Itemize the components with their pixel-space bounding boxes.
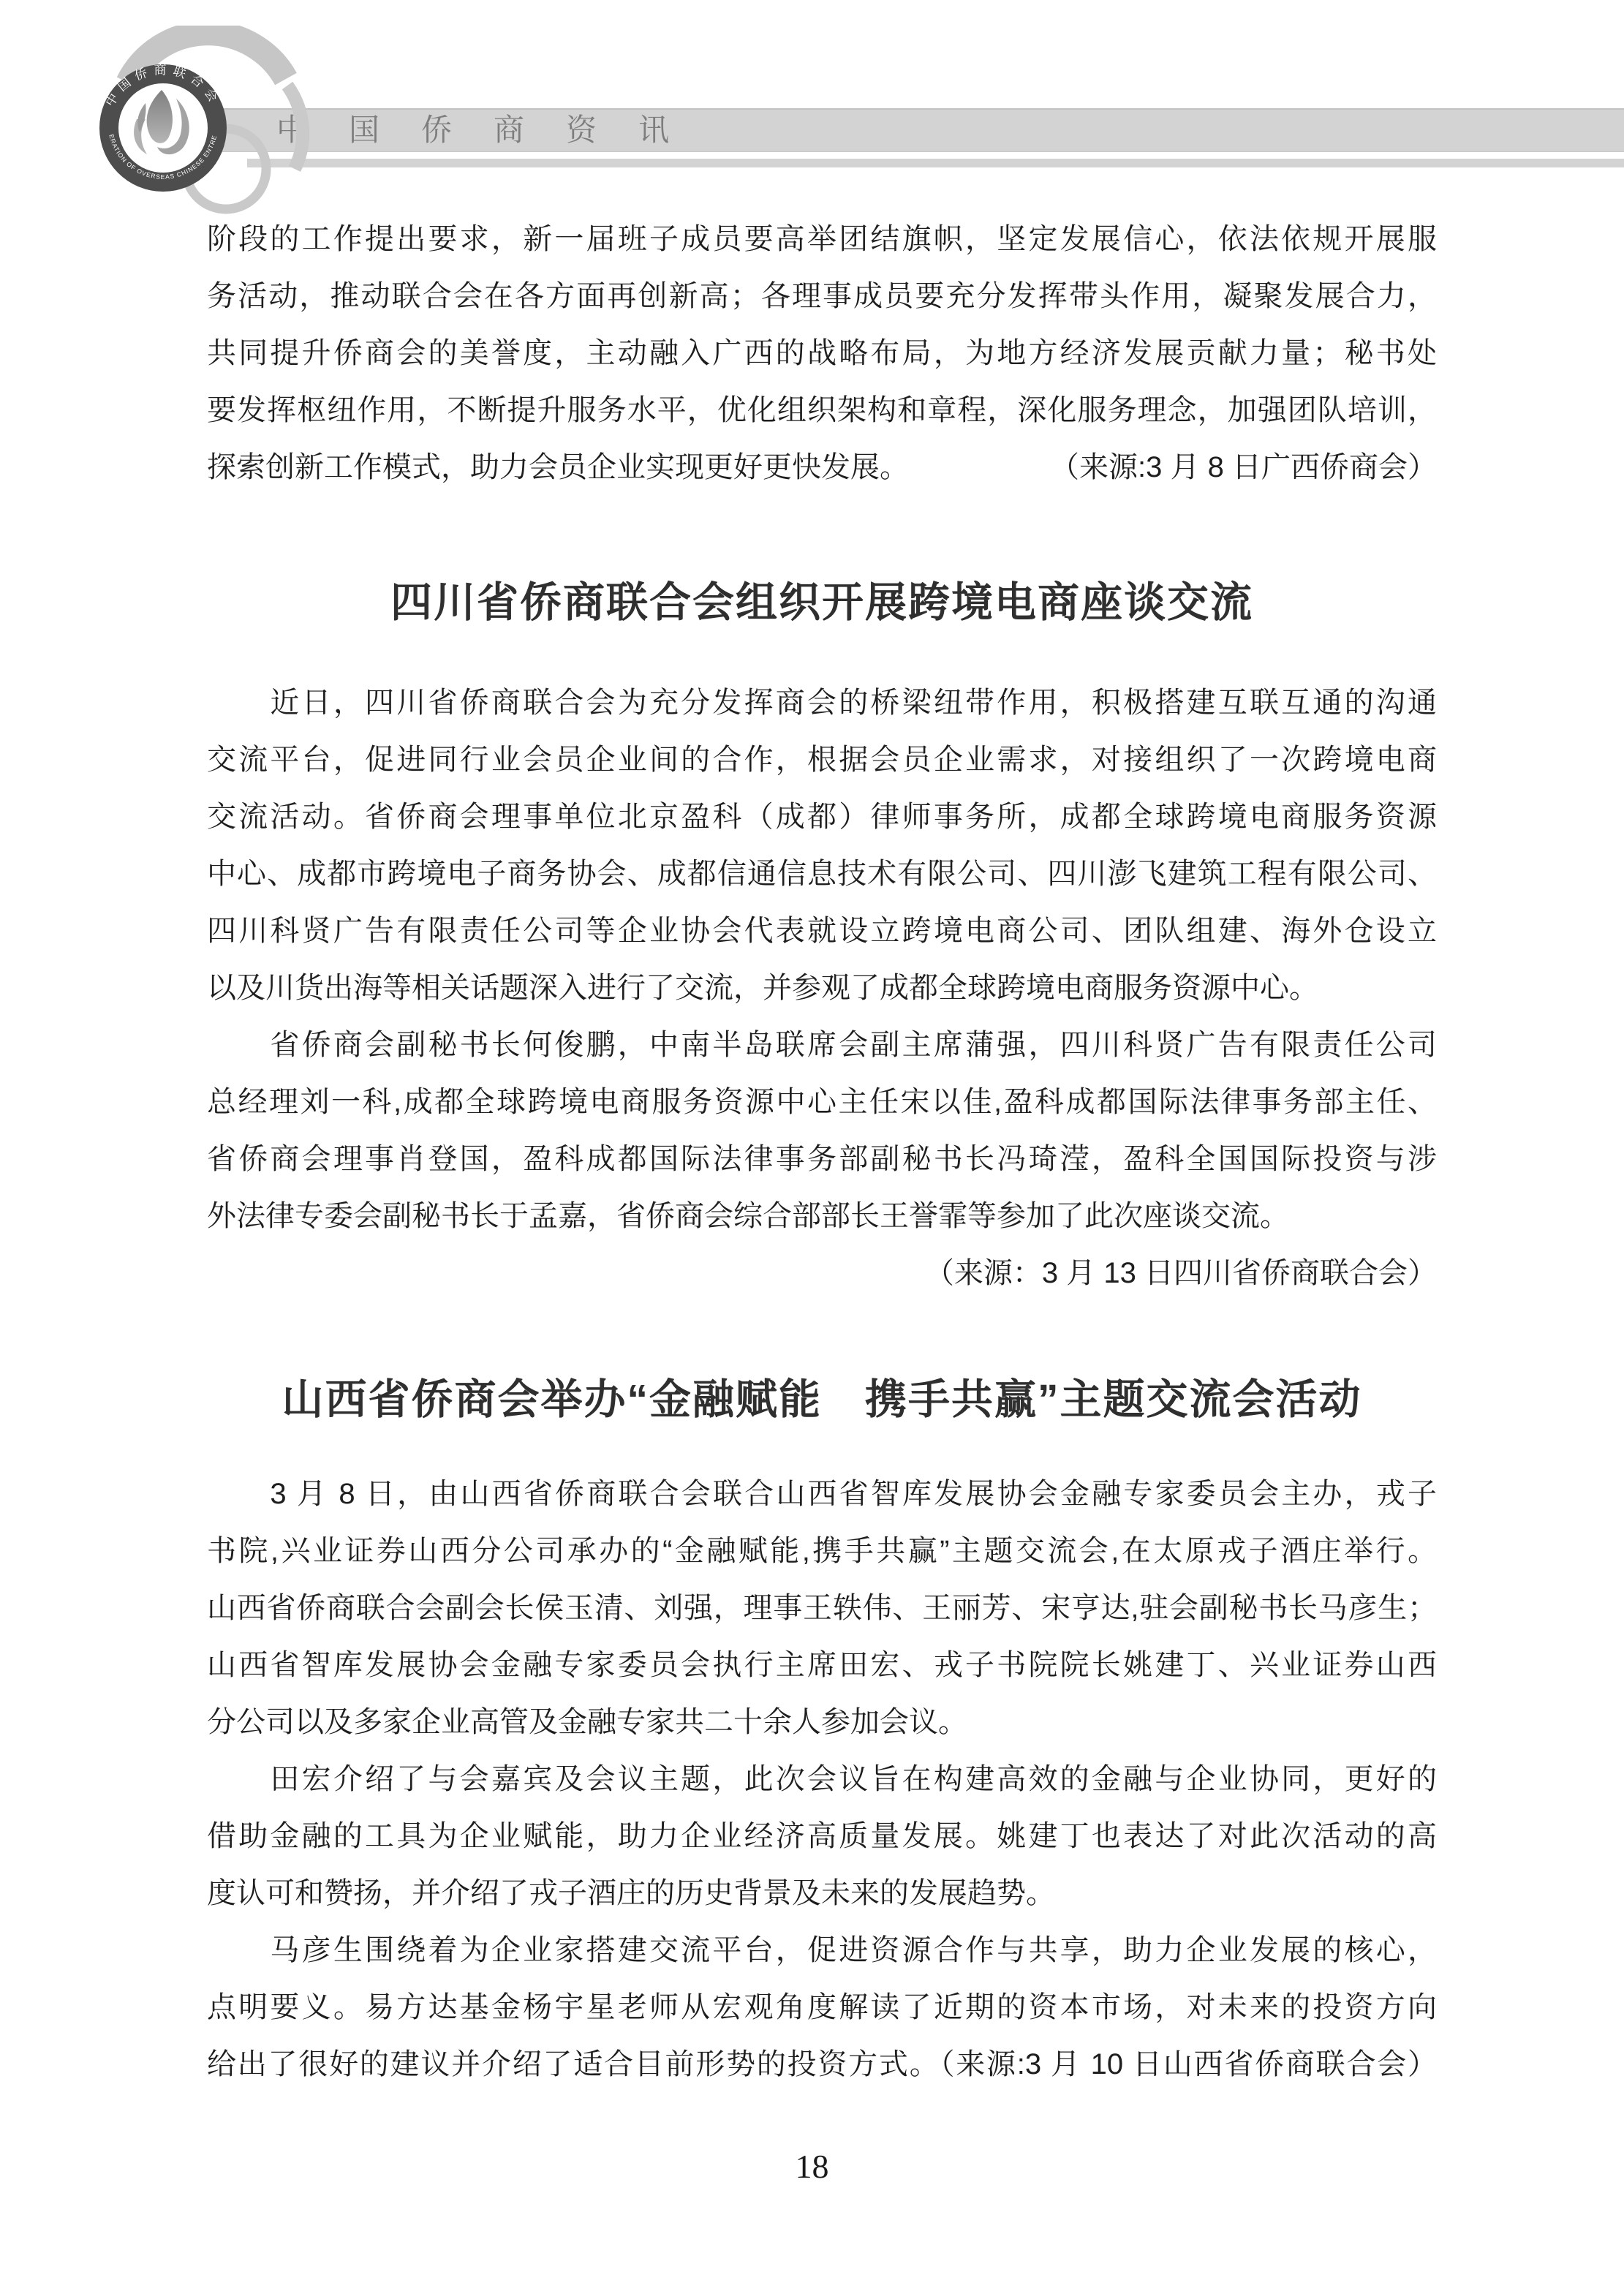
section-heading-sichuan: 四川省侨商联合会组织开展跨境电商座谈交流 [207,569,1437,636]
text-line-with-source: 给出了很好的建议并介绍了适合目前形势的投资方式。（来源:3 月 10 日山西省侨… [207,2036,1437,2093]
text-line: 中心、成都市跨境电子商务协会、成都信通信息技术有限公司、四川澎飞建筑工程有限公司… [207,845,1437,902]
text-line: 阶段的工作提出要求，新一届班子成员要高举团结旗帜，坚定发展信心，依法依规开展服 [207,211,1437,268]
text-line: 以及川货出海等相关话题深入进行了交流，并参观了成都全球跨境电商服务资源中心。 [207,959,1437,1016]
section-heading-shanxi: 山西省侨商会举办“金融赋能 携手共赢”主题交流会活动 [207,1366,1437,1433]
text-line: 点明要义。易方达基金杨宇星老师从宏观角度解读了近期的资本市场，对未来的投资方向 [207,1979,1437,2036]
text-line: 山西省智库发展协会金融专家委员会执行主席田宏、戎子书院院长姚建丁、兴业证券山西 [207,1637,1437,1694]
text-line: 要发挥枢纽作用，不断提升服务水平，优化组织架构和章程，深化服务理念，加强团队培训… [207,382,1437,439]
text-line: 共同提升侨商会的美誉度，主动融入广西的战略布局，为地方经济发展贡献力量；秘书处 [207,325,1437,382]
masthead-title: 中国侨商资讯 [276,110,711,150]
page-number: 18 [0,2147,1624,2186]
section-shanxi: 3 月 8 日，由山西省侨商联合会联合山西省智库发展协会金融专家委员会主办，戎子… [207,1465,1437,2093]
logo-swoosh-right [287,86,303,169]
text-line: 四川科贤广告有限责任公司等企业协会代表就设立跨境电商公司、团队组建、海外仓设立 [207,902,1437,959]
text-line: 探索创新工作模式，助力会员企业实现更好更快发展。 [207,439,909,496]
source-citation: （来源:3 月 8 日广西侨商会） [1050,439,1437,496]
text-line: 务活动，推动联合会在各方面再创新高；各理事成员要充分发挥带头作用，凝聚发展合力， [207,268,1437,325]
text-line: 交流活动。省侨商会理事单位北京盈科（成都）律师事务所，成都全球跨境电商服务资源 [207,788,1437,845]
intro-paragraph: 阶段的工作提出要求，新一届班子成员要高举团结旗帜，坚定发展信心，依法依规开展服 … [207,211,1437,496]
text-line: 分公司以及多家企业高管及金融专家共二十余人参加会议。 [207,1694,1437,1751]
masthead-bar-thin [247,159,1624,167]
text-line: 外法律专委会副秘书长于孟嘉，省侨商会综合部部长王誉霏等参加了此次座谈交流。 [207,1188,1437,1245]
text-line: 省侨商会理事肖登国，盈科成都国际法律事务部副秘书长冯琦滢，盈科全国国际投资与涉 [207,1131,1437,1188]
text-line: 总经理刘一科,成都全球跨境电商服务资源中心主任宋以佳,盈科成都国际法律事务部主任… [207,1073,1437,1131]
text-line: 田宏介绍了与会嘉宾及会议主题，此次会议旨在构建高效的金融与企业协同，更好的 [207,1751,1437,1808]
text-line: 近日，四川省侨商联合会为充分发挥商会的桥梁纽带作用，积极搭建互联互通的沟通 [207,674,1437,731]
text-line: 3 月 8 日，由山西省侨商联合会联合山西省智库发展协会金融专家委员会主办，戎子 [207,1465,1437,1522]
source-citation: （来源：3 月 13 日四川省侨商联合会） [207,1245,1437,1302]
federation-logo-icon: 中国侨商联合会 CHINA FEDERATION OF OVERSEAS CHI… [69,26,340,219]
text-line: 度认可和赞扬，并介绍了戎子酒庄的历史背景及未来的发展趋势。 [207,1865,1437,1922]
text-line-with-source: 探索创新工作模式，助力会员企业实现更好更快发展。 （来源:3 月 8 日广西侨商… [207,439,1437,496]
article-body: 阶段的工作提出要求，新一届班子成员要高举团结旗帜，坚定发展信心，依法依规开展服 … [207,211,1437,2093]
text-line: 书院,兴业证券山西分公司承办的“金融赋能,携手共赢”主题交流会,在太原戎子酒庄举… [207,1522,1437,1580]
text-line: 省侨商会副秘书长何俊鹏，中南半岛联席会副主席蒲强，四川科贤广告有限责任公司 [207,1016,1437,1073]
text-line: 马彦生围绕着为企业家搭建交流平台，促进资源合作与共享，助力企业发展的核心， [207,1922,1437,1979]
text-line: 交流平台，促进同行业会员企业间的合作，根据会员企业需求，对接组织了一次跨境电商 [207,731,1437,788]
section-sichuan: 近日，四川省侨商联合会为充分发挥商会的桥梁纽带作用，积极搭建互联互通的沟通 交流… [207,674,1437,1302]
text-line: 山西省侨商联合会副会长侯玉清、刘强，理事王轶伟、王丽芳、宋亨达,驻会副秘书长马彦… [207,1580,1437,1637]
newsletter-page: 中国侨商资讯 中国侨商联合会 CHINA FEDERATION OF [0,0,1624,2272]
text-line: 借助金融的工具为企业赋能，助力企业经济高质量发展。姚建丁也表达了对此次活动的高 [207,1808,1437,1865]
